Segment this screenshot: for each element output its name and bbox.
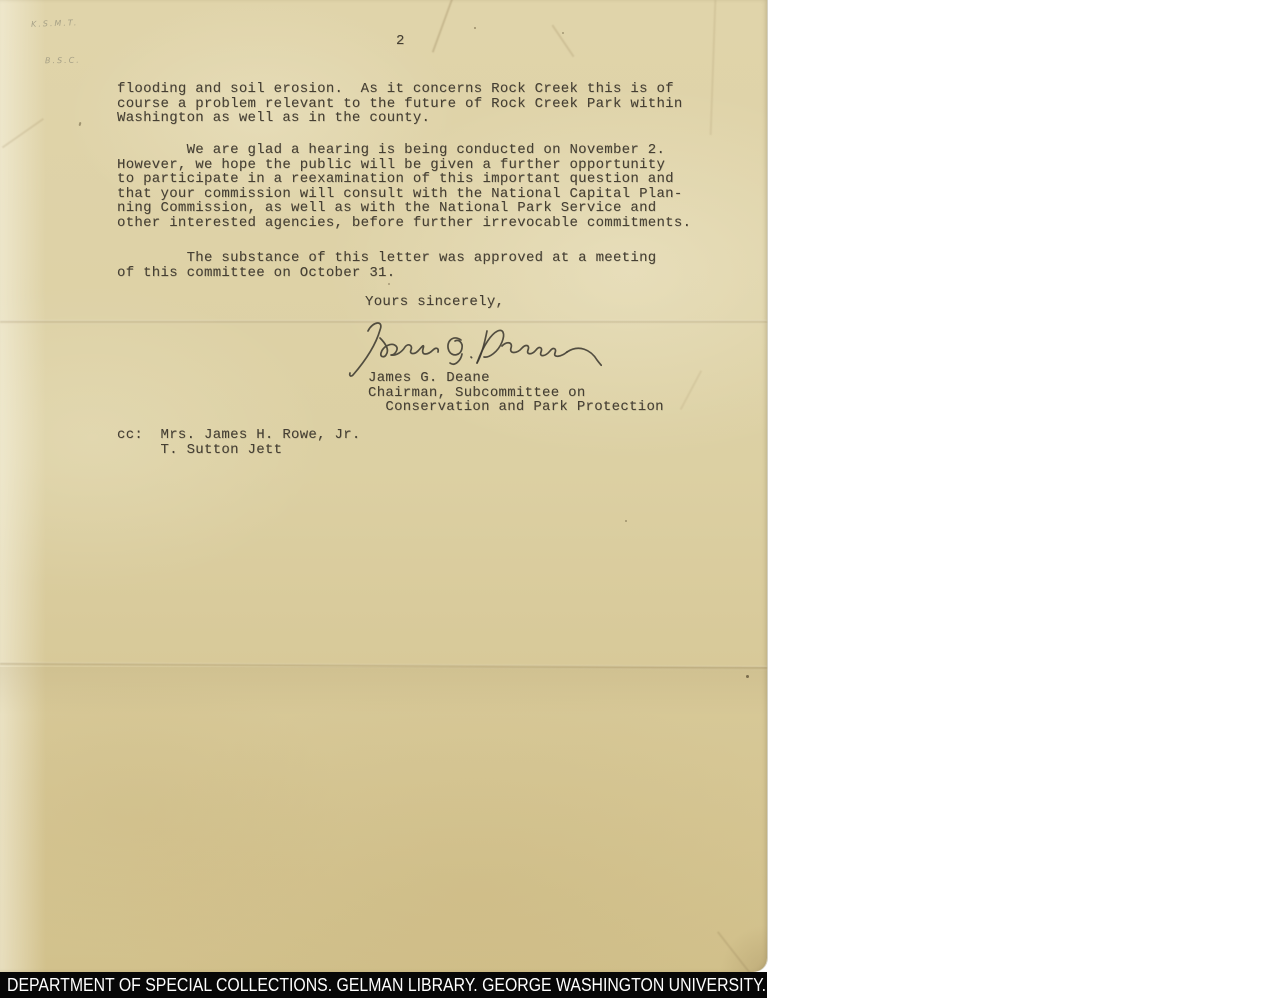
paper-speck	[388, 283, 390, 285]
crease-line	[2, 118, 44, 148]
crease-line	[552, 25, 575, 57]
signer-name-title: James G. Deane Chairman, Subcommittee on…	[368, 371, 664, 415]
paper-speck	[625, 520, 627, 522]
paragraph-1: flooding and soil erosion. As it concern…	[117, 82, 683, 126]
page-number: 2	[396, 34, 405, 49]
paragraph-2: We are glad a hearing is being conducted…	[117, 143, 691, 230]
paragraph-3: The substance of this letter was approve…	[117, 251, 656, 280]
pencil-annotation-2: B.S.C.	[45, 56, 81, 66]
paper-speck	[474, 27, 476, 29]
archive-caption: DEPARTMENT OF SPECIAL COLLECTIONS. GELMA…	[0, 972, 675, 998]
crease-line	[680, 370, 702, 410]
cc-list: cc: Mrs. James H. Rowe, Jr. T. Sutton Je…	[117, 428, 361, 457]
scanned-letter-page: K.S.M.T. B.S.C. 2 flooding and soil eros…	[0, 0, 767, 972]
crease-line	[710, 0, 716, 135]
pencil-annotation-1: K.S.M.T.	[31, 18, 79, 29]
paper-speck	[746, 675, 749, 678]
archive-caption-bar: DEPARTMENT OF SPECIAL COLLECTIONS. GELMA…	[0, 972, 767, 998]
closing-salutation: Yours sincerely,	[365, 295, 504, 310]
corner-curl-shadow	[721, 926, 767, 972]
paper-speck	[78, 122, 81, 126]
paper-speck	[562, 32, 564, 34]
crease-line	[432, 0, 454, 52]
viewer-background: K.S.M.T. B.S.C. 2 flooding and soil eros…	[0, 0, 1280, 998]
fold-shadow	[0, 667, 767, 719]
